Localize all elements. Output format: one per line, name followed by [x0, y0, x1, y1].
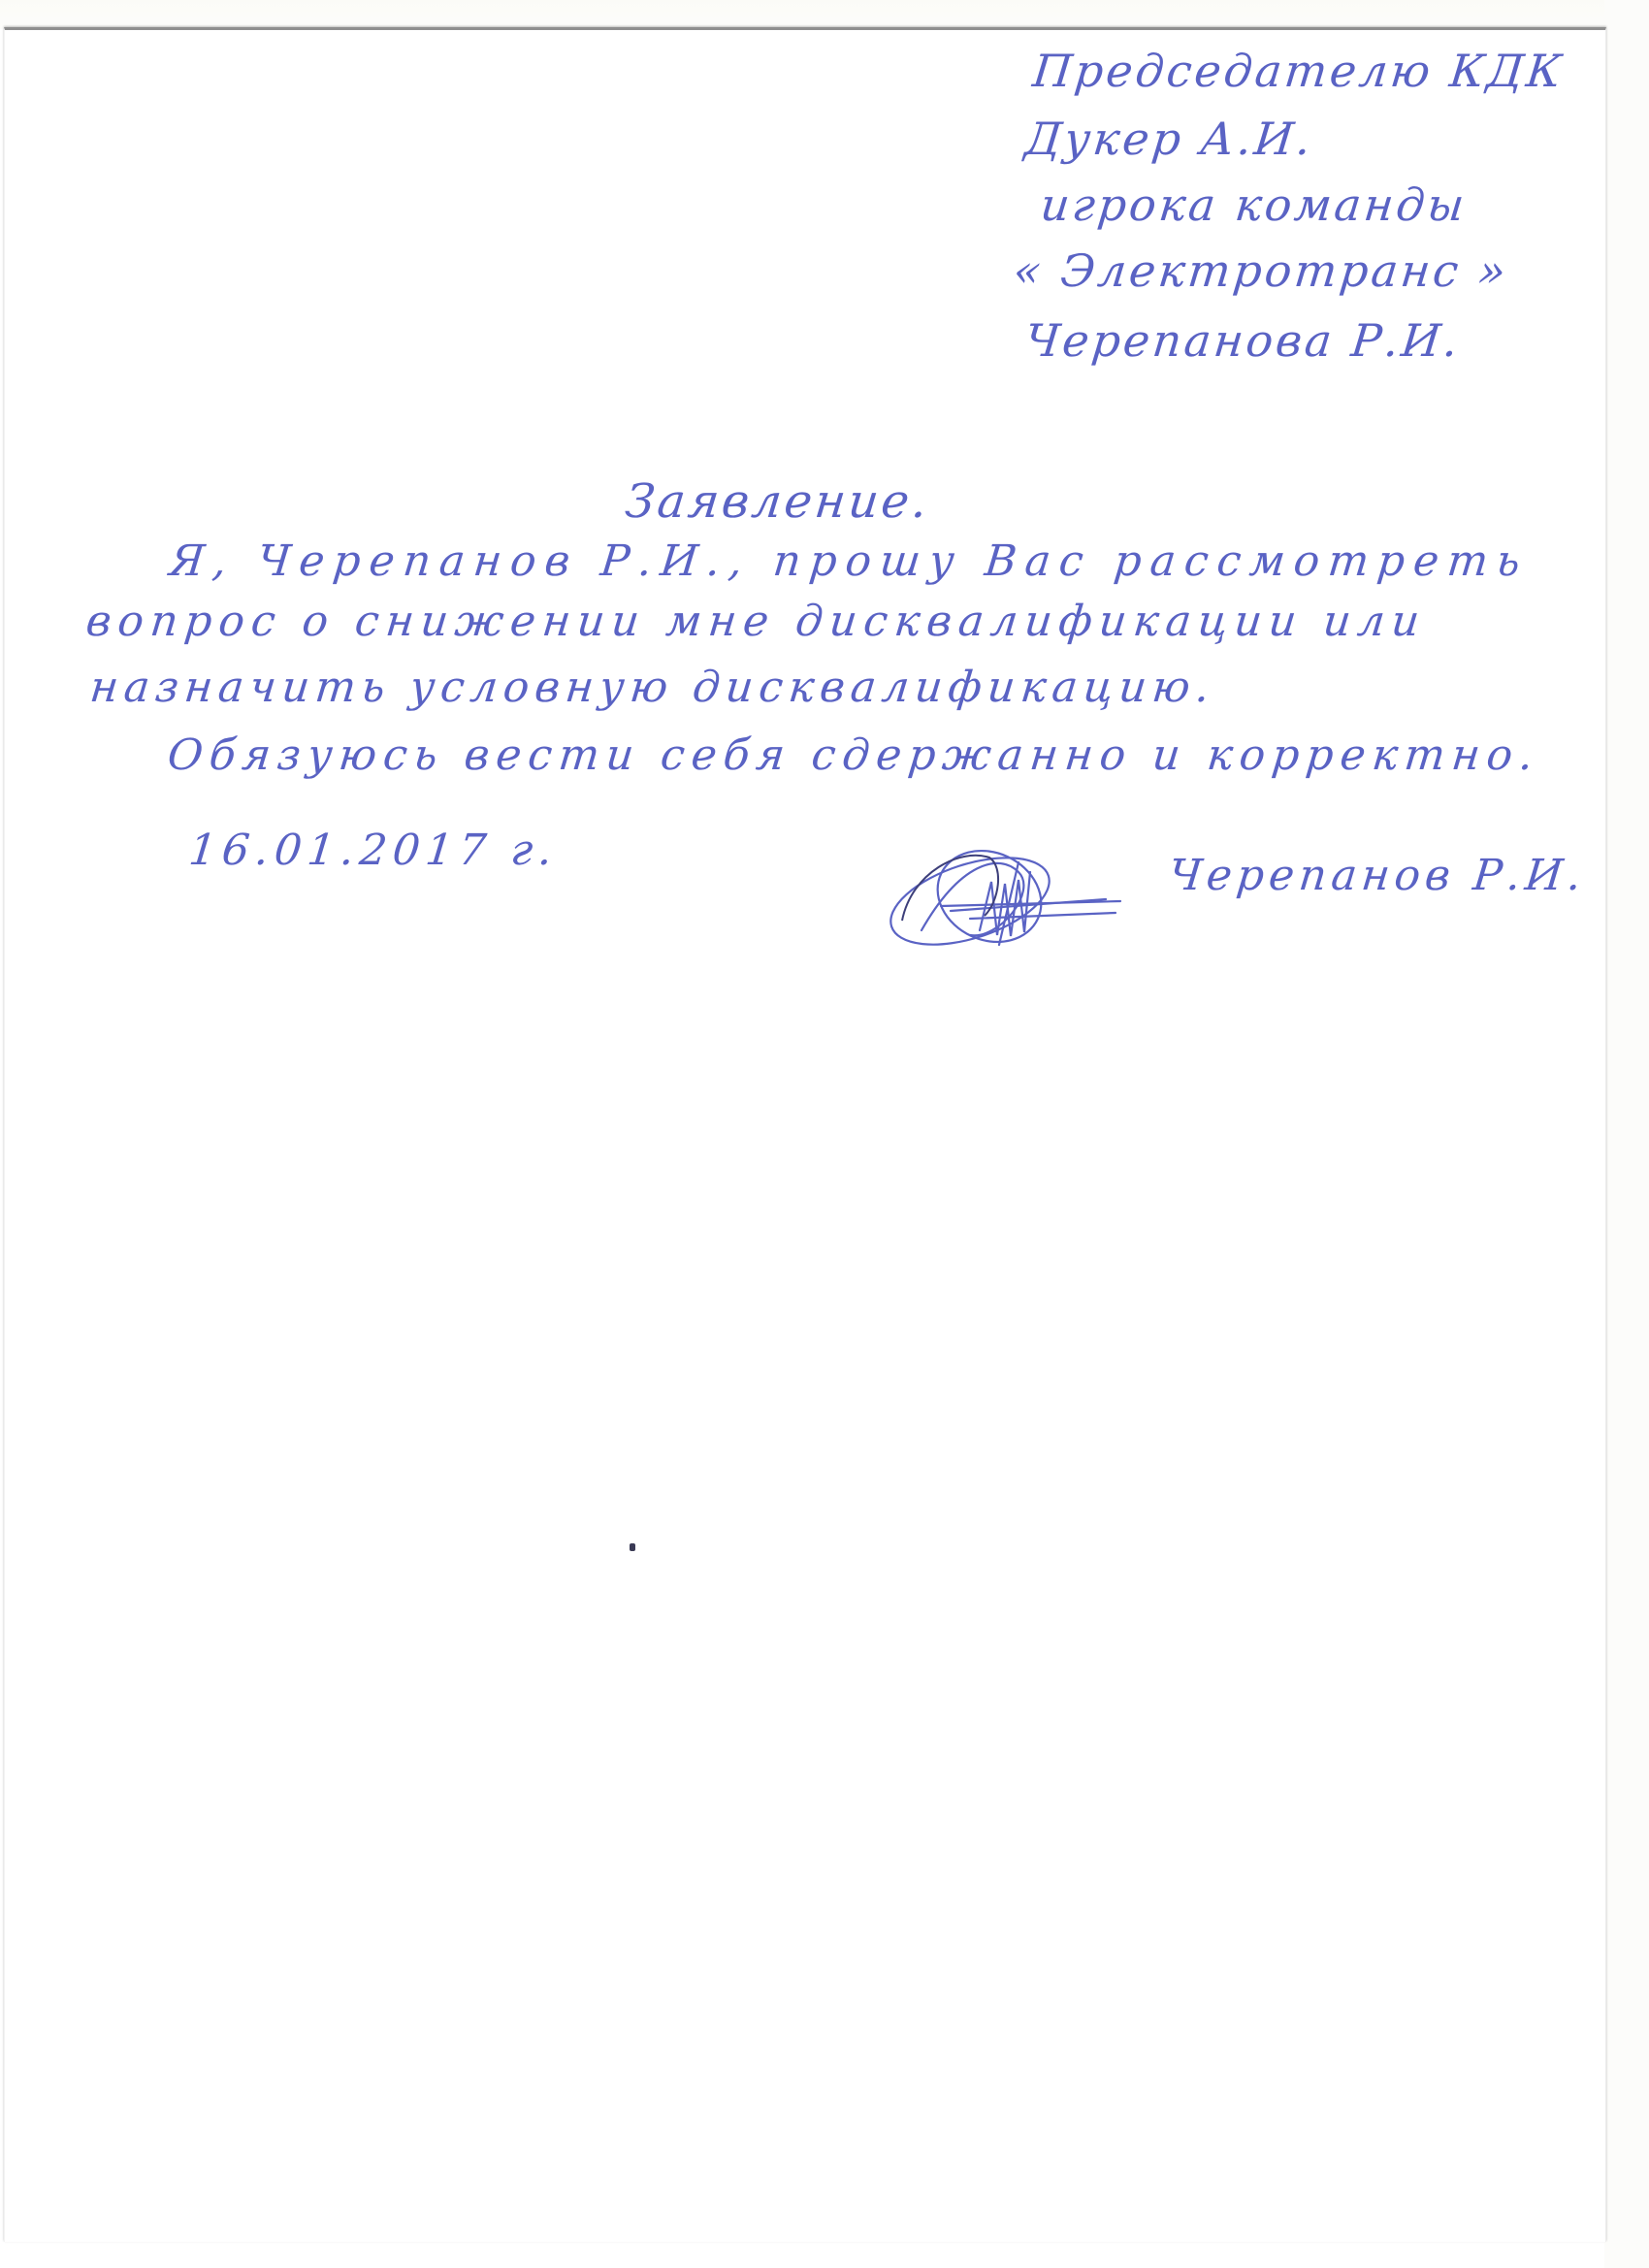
stray-ink-mark: [630, 1543, 635, 1551]
body-line-4: Обязуюсь вести себя сдержанно и корректн…: [165, 730, 1542, 780]
body-line-2: вопрос о снижении мне дисквалификации ил…: [83, 597, 1428, 646]
scan-top-edge: [0, 0, 1649, 29]
document-title: Заявление.: [623, 474, 932, 529]
addressee-line-4: « Электротранс »: [1011, 242, 1511, 300]
addressee-line-1: Председателю КДК: [1030, 42, 1568, 100]
signature-name: Черепанов Р.И.: [1166, 851, 1588, 900]
document-date: 16.01.2017 г.: [186, 826, 561, 875]
signature-scribble-icon: [883, 843, 1145, 950]
scan-right-margin: [1604, 0, 1649, 2268]
body-line-1: Я, Черепанов Р.И., прошу Вас рассмотреть: [167, 536, 1531, 586]
addressee-line-5: Черепанова Р.И.: [1022, 311, 1464, 370]
body-line-3: назначить условную дисквалификацию.: [87, 663, 1217, 712]
paper-sheet: Председателю КДК Дукер А.И. игрока коман…: [4, 27, 1606, 2242]
addressee-line-3: игрока команды: [1038, 176, 1470, 234]
addressee-line-2: Дукер А.И.: [1022, 110, 1316, 168]
